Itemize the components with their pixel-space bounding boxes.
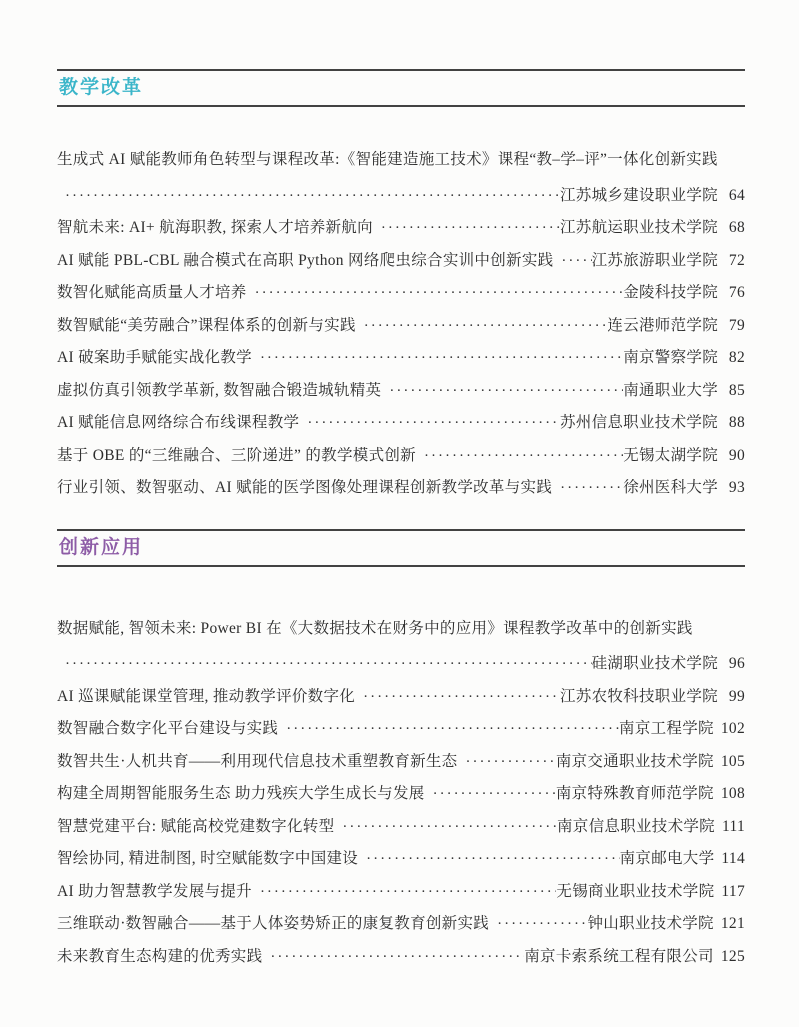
entry-title: 构建全周期智能服务生态 助力残疾大学生成长与发展 bbox=[57, 784, 425, 805]
institution: 江苏农牧科技职业学院 bbox=[560, 687, 718, 708]
page-number: 96 bbox=[725, 654, 745, 675]
dot-leader: ········································… bbox=[552, 478, 623, 499]
dot-leader: ········································… bbox=[553, 251, 591, 272]
toc-list-innovation-application: 数据赋能, 智领未来: Power BI 在《大数据技术在财务中的应用》课程教学… bbox=[57, 619, 745, 968]
entry-title: 数智融合数字化平台建设与实践 bbox=[57, 719, 278, 740]
entry-title: 虚拟仿真引领教学革新, 数智融合锻造城轨精英 bbox=[57, 381, 381, 402]
page-number: 121 bbox=[721, 914, 745, 935]
entry-title: 未来教育生态构建的优秀实践 bbox=[57, 947, 262, 968]
toc-entry: 数据赋能, 智领未来: Power BI 在《大数据技术在财务中的应用》课程教学… bbox=[57, 619, 745, 640]
page-number: 76 bbox=[725, 283, 745, 304]
dot-leader: ········································… bbox=[334, 817, 557, 838]
entry-title: 三维联动·数智融合——基于人体姿势矫正的康复教育创新实践 bbox=[57, 914, 489, 935]
entry-title: 生成式 AI 赋能教师角色转型与课程改革:《智能建造施工技术》课程“教–学–评”… bbox=[57, 150, 718, 171]
institution: 钟山职业技术学院 bbox=[587, 914, 713, 935]
toc-entry: 生成式 AI 赋能教师角色转型与课程改革:《智能建造施工技术》课程“教–学–评”… bbox=[57, 150, 745, 171]
dot-leader: ········································… bbox=[457, 752, 555, 773]
toc-entry: 智慧党建平台: 赋能高校党建数字化转型·····················… bbox=[57, 817, 745, 838]
institution: 江苏旅游职业学院 bbox=[592, 251, 718, 272]
institution: 南京卡索系统工程有限公司 bbox=[524, 947, 714, 968]
institution: 南通职业大学 bbox=[623, 381, 718, 402]
toc-list-teaching-reform: 生成式 AI 赋能教师角色转型与课程改革:《智能建造施工技术》课程“教–学–评”… bbox=[57, 150, 745, 499]
section-header-teaching-reform: 教学改革 bbox=[57, 69, 745, 107]
dot-leader: ········································… bbox=[425, 784, 556, 805]
section-header-innovation-application: 创新应用 bbox=[57, 529, 745, 567]
institution: 南京警察学院 bbox=[623, 348, 718, 369]
toc-entry: 虚拟仿真引领教学革新, 数智融合锻造城轨精英··················… bbox=[57, 381, 745, 402]
dot-leader: ········································… bbox=[373, 218, 560, 239]
toc-entry: 行业引领、数智驱动、AI 赋能的医学图像处理课程创新教学改革与实践·······… bbox=[57, 478, 745, 499]
toc-entry: 基于 OBE 的“三维融合、三阶递进” 的教学模式创新·············… bbox=[57, 446, 745, 467]
entry-title: AI 助力智慧教学发展与提升 bbox=[57, 882, 252, 903]
page-number: 93 bbox=[725, 478, 745, 499]
page-number: 90 bbox=[725, 446, 745, 467]
entry-title: 智慧党建平台: 赋能高校党建数字化转型 bbox=[57, 817, 334, 838]
institution: 南京邮电大学 bbox=[620, 849, 715, 870]
page-number: 105 bbox=[721, 752, 745, 773]
institution: 南京工程学院 bbox=[619, 719, 714, 740]
dot-leader: ········································… bbox=[416, 446, 623, 467]
toc-entry: AI 赋能 PBL-CBL 融合模式在高职 Python 网络爬虫综合实训中创新… bbox=[57, 251, 745, 272]
page-number: 108 bbox=[721, 784, 745, 805]
entry-title: AI 赋能信息网络综合布线课程教学 bbox=[57, 413, 299, 434]
page-number: 88 bbox=[725, 413, 745, 434]
toc-entry: 三维联动·数智融合——基于人体姿势矫正的康复教育创新实践············… bbox=[57, 914, 745, 935]
toc-entry: 数智共生·人机共育——利用现代信息技术重塑教育新生态··············… bbox=[57, 752, 745, 773]
toc-entry: AI 破案助手赋能实战化教学··························… bbox=[57, 348, 745, 369]
entry-title: 智航未来: AI+ 航海职教, 探索人才培养新航向 bbox=[57, 218, 373, 239]
institution: 连云港师范学院 bbox=[607, 316, 718, 337]
toc-entry: 数智赋能“美劳融合”课程体系的创新与实践····················… bbox=[57, 316, 745, 337]
dot-leader: ········································… bbox=[247, 283, 624, 304]
entry-title: 数智共生·人机共育——利用现代信息技术重塑教育新生态 bbox=[57, 752, 457, 773]
dot-leader: ········································… bbox=[252, 348, 623, 369]
institution: 南京特殊教育师范学院 bbox=[556, 784, 714, 805]
entry-title: 数据赋能, 智领未来: Power BI 在《大数据技术在财务中的应用》课程教学… bbox=[57, 619, 693, 640]
institution: 无锡商业职业技术学院 bbox=[556, 882, 714, 903]
dot-leader: ········································… bbox=[381, 381, 623, 402]
page-number: 64 bbox=[725, 186, 745, 207]
dot-leader: ········································… bbox=[252, 882, 556, 903]
entry-title: AI 巡课赋能课堂管理, 推动教学评价数字化 bbox=[57, 687, 355, 708]
toc-entry-continuation: ········································… bbox=[57, 186, 745, 207]
dot-leader: ········································… bbox=[57, 654, 592, 675]
section-title: 教学改革 bbox=[59, 77, 143, 98]
entry-title: AI 破案助手赋能实战化教学 bbox=[57, 348, 252, 369]
page-number: 85 bbox=[725, 381, 745, 402]
page-number: 79 bbox=[725, 316, 745, 337]
dot-leader: ········································… bbox=[356, 316, 608, 337]
entry-title: 智绘协同, 精进制图, 时空赋能数字中国建设 bbox=[57, 849, 358, 870]
page-number: 99 bbox=[725, 687, 745, 708]
institution: 徐州医科大学 bbox=[623, 478, 718, 499]
dot-leader: ········································… bbox=[489, 914, 587, 935]
section-title: 创新应用 bbox=[59, 537, 143, 558]
toc-content: 教学改革 生成式 AI 赋能教师角色转型与课程改革:《智能建造施工技术》课程“教… bbox=[57, 0, 745, 979]
dot-leader: ········································… bbox=[355, 687, 560, 708]
entry-title: 基于 OBE 的“三维融合、三阶递进” 的教学模式创新 bbox=[57, 446, 416, 467]
page-number: 82 bbox=[725, 348, 745, 369]
toc-entry: 构建全周期智能服务生态 助力残疾大学生成长与发展················… bbox=[57, 784, 745, 805]
entry-title: AI 赋能 PBL-CBL 融合模式在高职 Python 网络爬虫综合实训中创新… bbox=[57, 251, 553, 272]
page-number: 114 bbox=[721, 849, 745, 870]
institution: 硅湖职业技术学院 bbox=[592, 654, 718, 675]
institution: 南京交通职业技术学院 bbox=[556, 752, 714, 773]
toc-page: 教学改革 生成式 AI 赋能教师角色转型与课程改革:《智能建造施工技术》课程“教… bbox=[0, 0, 799, 1027]
dot-leader: ········································… bbox=[262, 947, 524, 968]
toc-entry: 未来教育生态构建的优秀实践···························… bbox=[57, 947, 745, 968]
toc-entry: AI 助力智慧教学发展与提升··························… bbox=[57, 882, 745, 903]
toc-entry: 智绘协同, 精进制图, 时空赋能数字中国建设··················… bbox=[57, 849, 745, 870]
institution: 江苏城乡建设职业学院 bbox=[560, 186, 718, 207]
dot-leader: ········································… bbox=[358, 849, 620, 870]
dot-leader: ········································… bbox=[278, 719, 619, 740]
dot-leader: ········································… bbox=[57, 186, 560, 207]
entry-title: 数智赋能“美劳融合”课程体系的创新与实践 bbox=[57, 316, 356, 337]
institution: 无锡太湖学院 bbox=[623, 446, 718, 467]
dot-leader: ········································… bbox=[299, 413, 560, 434]
toc-entry: 数智化赋能高质量人才培养····························… bbox=[57, 283, 745, 304]
toc-entry: 数智融合数字化平台建设与实践··························… bbox=[57, 719, 745, 740]
institution: 金陵科技学院 bbox=[623, 283, 718, 304]
page-number: 102 bbox=[721, 719, 745, 740]
page-number: 125 bbox=[721, 947, 745, 968]
institution: 南京信息职业技术学院 bbox=[557, 817, 715, 838]
institution: 江苏航运职业技术学院 bbox=[560, 218, 718, 239]
page-number: 117 bbox=[721, 882, 745, 903]
toc-entry-continuation: ········································… bbox=[57, 654, 745, 675]
toc-entry: AI 赋能信息网络综合布线课程教学·······················… bbox=[57, 413, 745, 434]
toc-entry: AI 巡课赋能课堂管理, 推动教学评价数字化··················… bbox=[57, 687, 745, 708]
page-number: 68 bbox=[725, 218, 745, 239]
institution: 苏州信息职业技术学院 bbox=[560, 413, 718, 434]
entry-title: 行业引领、数智驱动、AI 赋能的医学图像处理课程创新教学改革与实践 bbox=[57, 478, 552, 499]
entry-title: 数智化赋能高质量人才培养 bbox=[57, 283, 247, 304]
page-number: 111 bbox=[722, 817, 745, 838]
toc-entry: 智航未来: AI+ 航海职教, 探索人才培养新航向···············… bbox=[57, 218, 745, 239]
page-number: 72 bbox=[725, 251, 745, 272]
